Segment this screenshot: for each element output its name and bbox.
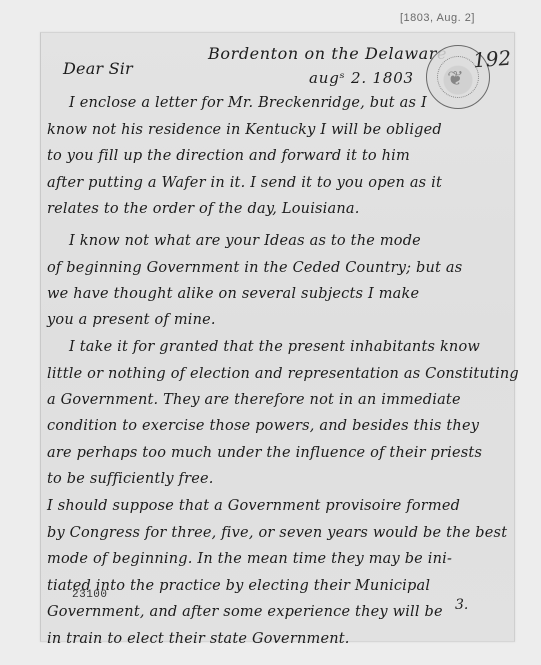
manuscript-page: Bordenton on the Delaware Dear Sir augˢ … <box>40 32 515 642</box>
catalog-number: 23100 <box>72 589 108 601</box>
letter-line: Government, and after some experience th… <box>47 604 443 620</box>
letter-line: of beginning Government in the Ceded Cou… <box>47 260 462 276</box>
letter-line: in train to elect their state Government… <box>47 631 350 647</box>
letter-line: relates to the order of the day, Louisia… <box>47 201 360 217</box>
letter-place: Bordenton on the Delaware <box>208 44 447 63</box>
letter-line: a Government. They are therefore not in … <box>47 392 461 408</box>
eagle-icon: ❦ <box>447 66 464 90</box>
letter-date: augˢ 2. 1803 <box>309 69 414 87</box>
letter-line: mode of beginning. In the mean time they… <box>47 551 452 567</box>
archival-date-note: [1803, Aug. 2] <box>400 12 475 24</box>
page-number: 3. <box>455 597 468 613</box>
letter-line: you a present of mine. <box>47 312 216 328</box>
letter-line: little or nothing of election and repres… <box>47 366 519 382</box>
letter-line: to be sufficiently free. <box>47 471 214 487</box>
letter-line: I take it for granted that the present i… <box>69 339 480 355</box>
letter-line: I should suppose that a Government provi… <box>47 498 460 514</box>
letter-line: condition to exercise those powers, and … <box>47 418 479 434</box>
letter-line: I enclose a letter for Mr. Breckenridge,… <box>69 95 427 111</box>
letter-line: are perhaps too much under the influence… <box>47 445 482 461</box>
letter-line: after putting a Wafer in it. I send it t… <box>47 175 442 191</box>
letter-line: know not his residence in Kentucky I wil… <box>47 122 442 138</box>
letter-line: to you fill up the direction and forward… <box>47 148 410 164</box>
letter-line: by Congress for three, five, or seven ye… <box>47 525 507 541</box>
letter-line: I know not what are your Ideas as to the… <box>69 233 421 249</box>
folio-number: 192 <box>472 46 512 73</box>
letter-line: we have thought alike on several subject… <box>47 286 419 302</box>
letter-salutation: Dear Sir <box>63 59 133 78</box>
